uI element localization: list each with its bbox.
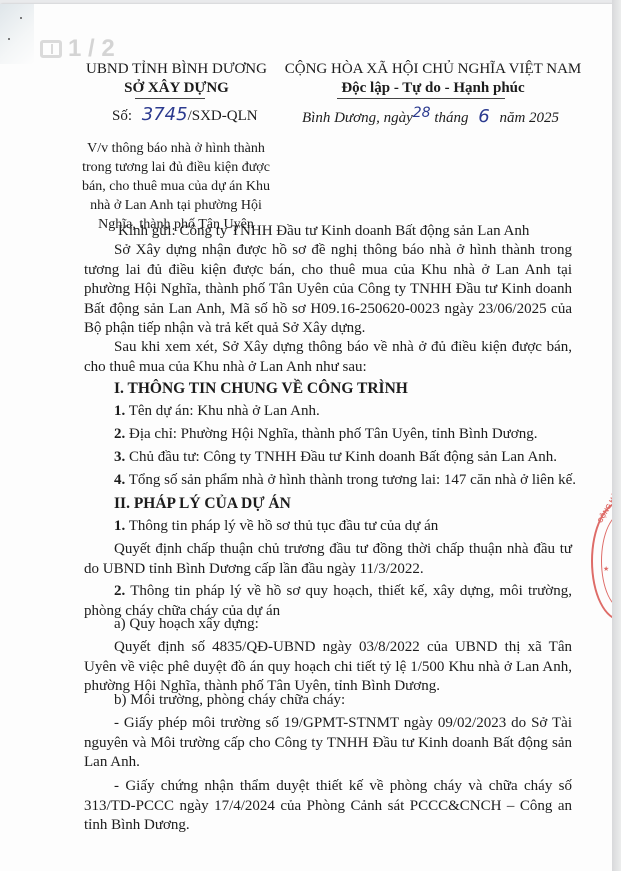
item-number: 1.: [114, 403, 125, 419]
item-text: Địa chỉ: Phường Hội Nghĩa, thành phố Tân…: [125, 426, 537, 442]
section-1-item: 3. Chủ đầu tư: Công ty TNHH Đầu tư Kinh …: [114, 448, 557, 467]
document-page: 1 / 2 UBND TỈNH BÌNH DƯƠNG SỞ XÂY DỰNG S…: [0, 4, 612, 871]
page-indicator[interactable]: 1 / 2: [40, 35, 115, 63]
section-2-item-1: 1. Thông tin pháp lý về hồ sơ thủ tục đầ…: [114, 517, 438, 536]
item-text: Tên dự án: Khu nhà ở Lan Anh.: [125, 403, 320, 419]
issuer-header: UBND TỈNH BÌNH DƯƠNG SỞ XÂY DỰNG: [84, 60, 269, 98]
recipient: Kính gửi: Công ty TNHH Đầu tư Kinh doanh…: [118, 222, 529, 241]
item-number: 1.: [114, 518, 125, 534]
item-number: 4.: [114, 472, 125, 488]
section-1-title: I. THÔNG TIN CHUNG VỀ CÔNG TRÌNH: [114, 379, 408, 398]
section-2-title: II. PHÁP LÝ CỦA DỰ ÁN: [114, 494, 291, 513]
issuer-authority: UBND TỈNH BÌNH DƯƠNG: [84, 60, 269, 79]
date-month: 6: [478, 106, 489, 127]
date-year: năm 2025: [499, 110, 559, 126]
item-number: 3.: [114, 449, 125, 465]
item-text: Thông tin pháp lý về hồ sơ thủ tục đầu t…: [125, 518, 438, 534]
item-text: Thông tin pháp lý về hồ sơ quy hoạch, th…: [84, 583, 572, 619]
planning-paragraph: Quyết định số 4835/QĐ-UBND ngày 03/8/202…: [84, 638, 572, 697]
date-place: Bình Dương, ngày28 tháng 6 năm 2025: [302, 107, 559, 128]
issuer-department: SỞ XÂY DỰNG: [84, 79, 269, 98]
sidebar-toggle-icon[interactable]: [40, 40, 62, 58]
scan-speck: [8, 38, 10, 40]
review-paragraph: Sau khi xem xét, Sở Xây dựng thông báo v…: [84, 338, 572, 377]
environment-permit: - Giấy phép môi trường số 19/GPMT-STNMT …: [84, 714, 572, 773]
number-suffix: /SXD-QLN: [188, 108, 258, 124]
document-number: Số: 3745/SXD-QLN: [112, 105, 258, 126]
date-place-label: Bình Dương, ngày: [302, 110, 413, 126]
issuer-underline: [135, 98, 205, 99]
country-name: CỘNG HÒA XÃ HỘI CHỦ NGHĨA VIỆT NAM: [283, 60, 583, 79]
item-text: Chủ đầu tư: Công ty TNHH Đầu tư Kinh doa…: [125, 449, 557, 465]
national-header: CỘNG HÒA XÃ HỘI CHỦ NGHĨA VIỆT NAM Độc l…: [283, 60, 583, 98]
planning-subtitle: a) Quy hoạch xây dựng:: [114, 615, 259, 634]
number-handwritten: 3745: [142, 104, 188, 125]
fire-safety-certificate: - Giấy chứng nhận thẩm duyệt thiết kế về…: [84, 777, 572, 836]
page-number-label: 1 / 2: [68, 35, 115, 63]
environment-subtitle: b) Môi trường, phòng cháy chữa cháy:: [114, 691, 345, 710]
investment-decision-paragraph: Quyết định chấp thuận chủ trương đầu tư …: [84, 540, 572, 579]
scan-edge-shading: [0, 4, 34, 64]
date-day: 28: [413, 105, 431, 121]
item-number: 2.: [114, 583, 125, 599]
item-number: 2.: [114, 426, 125, 442]
item-text: Tổng số sản phẩm nhà ở hình thành trong …: [125, 472, 576, 488]
national-motto: Độc lập - Tự do - Hạnh phúc: [283, 79, 583, 98]
section-1-item: 2. Địa chỉ: Phường Hội Nghĩa, thành phố …: [114, 425, 537, 444]
section-1-item: 4. Tổng số sản phẩm nhà ở hình thành tro…: [114, 471, 576, 490]
section-1-item: 1. Tên dự án: Khu nhà ở Lan Anh.: [114, 402, 320, 421]
number-prefix: Số:: [112, 108, 132, 124]
intro-paragraph: Sở Xây dựng nhận được hồ sơ đề nghị thôn…: [84, 241, 572, 339]
subject-line: V/v thông báo nhà ở hình thành trong tươ…: [80, 139, 272, 234]
viewer-scrollbar-track[interactable]: [612, 0, 621, 871]
stamp-star-icon: ★: [603, 565, 609, 573]
scan-speck: [20, 17, 22, 19]
date-month-label: tháng: [434, 110, 468, 126]
motto-underline: [337, 98, 505, 99]
